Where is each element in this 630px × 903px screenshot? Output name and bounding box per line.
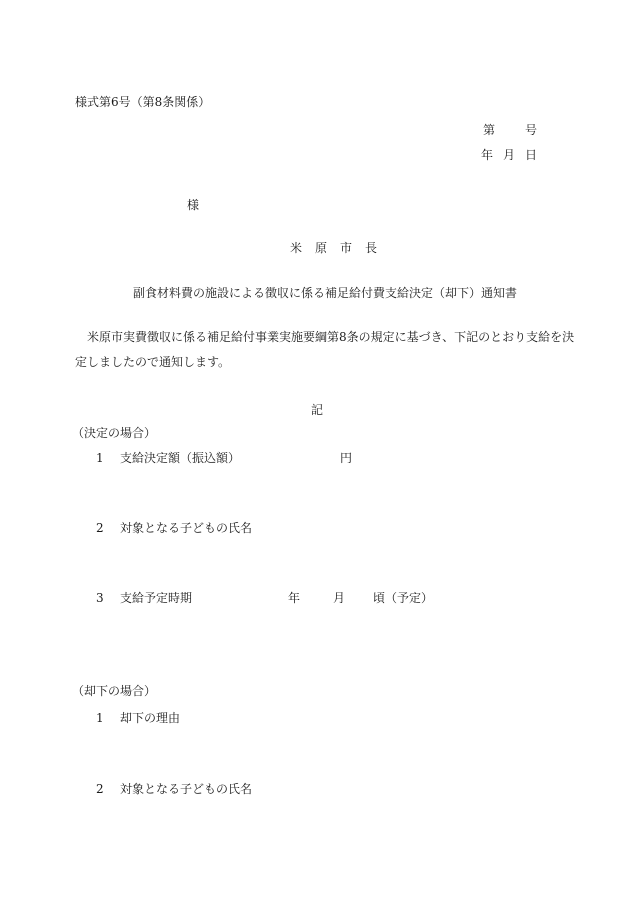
- rejection-item-2: 2 対象となる子どもの氏名: [0, 783, 630, 797]
- decision-section-heading: （決定の場合）: [72, 427, 156, 439]
- addressee-honorific: 様: [187, 199, 199, 211]
- decision-item-2-label: 対象となる子どもの氏名: [120, 522, 252, 534]
- yen-unit-label: 円: [340, 452, 352, 464]
- rejection-item-1-label: 却下の理由: [120, 712, 180, 724]
- rejection-item-2-number: 2: [96, 783, 104, 795]
- decision-item-2: 2 対象となる子どもの氏名: [0, 522, 630, 536]
- decision-item-3-label: 支給予定時期: [120, 592, 192, 604]
- body-text-line-2: 定しましたので通知します。: [75, 356, 230, 368]
- doc-number-suffix: 号: [525, 123, 537, 137]
- month-label: 月: [503, 148, 515, 162]
- sender-name: 米原市長: [290, 242, 390, 254]
- form-number-label: 様式第6号（第8条関係）: [75, 96, 210, 108]
- decision-item-1: 1 支給決定額（振込額） 円: [0, 452, 630, 466]
- rejection-item-1-number: 1: [96, 712, 104, 724]
- decision-item-1-number: 1: [96, 452, 104, 464]
- rejection-item-1: 1 却下の理由: [0, 712, 630, 726]
- rejection-section-heading: （却下の場合）: [72, 685, 156, 697]
- document-title: 副食材料費の施設による徴収に係る補足給付費支給決定（却下）通知書: [133, 287, 517, 299]
- decision-item-2-number: 2: [96, 522, 104, 534]
- decision-item-3-number: 3: [96, 592, 104, 604]
- decision-item-1-label: 支給決定額（振込額）: [120, 452, 240, 464]
- schedule-around-label: 頃（予定）: [373, 592, 433, 604]
- schedule-year-label: 年: [288, 592, 300, 604]
- doc-number-prefix: 第: [483, 123, 495, 137]
- document-page: 様式第6号（第8条関係） 第号 年月日 様 米原市長 副食材料費の施設による徴収…: [0, 0, 630, 903]
- schedule-month-label: 月: [333, 592, 345, 604]
- body-text-line-1: 米原市実費徴収に係る補足給付事業実施要綱第8条の規定に基づき、下記のとおり支給を…: [75, 331, 574, 343]
- rejection-item-2-label: 対象となる子どもの氏名: [120, 783, 252, 795]
- doc-number-line: 第号: [483, 124, 537, 136]
- year-label: 年: [481, 148, 493, 162]
- record-marker: 記: [311, 404, 323, 416]
- date-line: 年月日: [481, 149, 537, 161]
- decision-item-3: 3 支給予定時期 年 月 頃（予定）: [0, 592, 630, 606]
- day-label: 日: [525, 148, 537, 162]
